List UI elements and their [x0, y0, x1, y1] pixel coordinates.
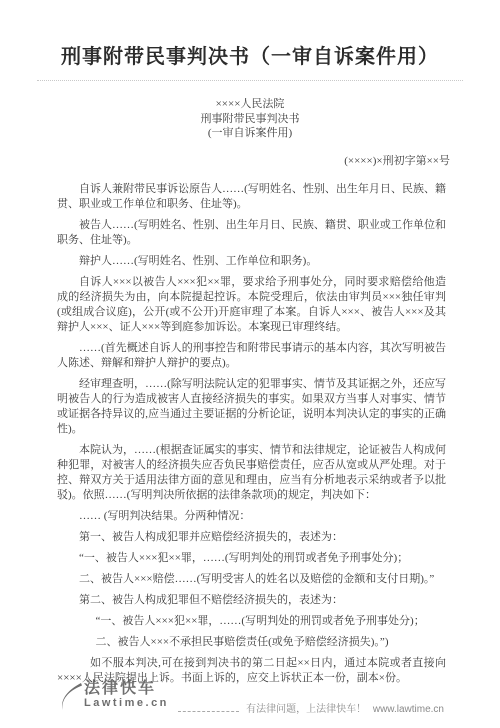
body-paragraph: 本院认为，……(根据查证属实的事实、情节和法律规定，论证被告人构成何种犯罪，对被…: [57, 443, 446, 503]
document-subtype: (一审自诉案件用): [0, 126, 500, 141]
footer-slogan: 有法律问题，上法律快车！: [246, 704, 366, 715]
body-paragraph: 经审理查明，……(除写明法院认定的犯罪事实、情节及其证据之外，还应写明被告人的行…: [57, 377, 446, 437]
body-paragraph: 第二、被告人构成犯罪但不赔偿经济损失的，表述为：: [57, 593, 446, 608]
body-paragraph: 二、被告人×××赔偿……(写明受害人的姓名以及赔偿的金额和支付日期)。”: [57, 572, 446, 587]
body-paragraph: “一、被告人×××犯××罪，……(写明判处的刑罚或者免予刑事处分)；: [57, 551, 446, 566]
court-name: ××××人民法院: [0, 97, 500, 112]
body-paragraph: ……(首先概述自诉人的刑事控告和附带民事请示的基本内容，其次写明被告人陈述、辩解…: [57, 341, 446, 371]
page-title: 刑事附带民事判决书（一审自诉案件用）: [0, 0, 500, 70]
footer-tagline-link[interactable]: 有法律问题，上法律快车！ www.lawtime.cn: [246, 700, 444, 716]
body-paragraph: 自诉人×××以被告人×××犯××罪，要求给予刑事处分，同时要求赔偿给他造成的经济…: [57, 275, 446, 335]
document-header: ××××人民法院 刑事附带民事判决书 (一审自诉案件用): [0, 97, 500, 141]
body-paragraph: 自诉人兼附带民事诉讼原告人……(写明姓名、性别、出生年月日、民族、籍贯、职业或工…: [57, 182, 446, 212]
body-paragraph: …… (写明判决结果。分两种情况：: [57, 509, 446, 524]
footer-divider: [178, 711, 239, 712]
logo-chinese-text: 法律快车: [84, 680, 169, 697]
body-paragraph: 被告人……(写明姓名、性别、出生年月日、民族、籍贯、职业或工作单位和职务、住址等…: [57, 218, 446, 248]
lawtime-logo[interactable]: 法律快车 Lawtime.cn: [60, 680, 169, 716]
body-paragraph: 第一、被告人构成犯罪并应赔偿经济损失的，表述为：: [57, 530, 446, 545]
body-paragraph: 二、被告人×××不承担民事赔偿责任(或免予赔偿经济损失)。”): [57, 635, 446, 650]
body-paragraph: “一、被告人×××犯××罪，……(写明判处的刑罚或者免予刑事处分)；: [57, 614, 446, 629]
document-page: 刑事附带民事判决书（一审自诉案件用） ××××人民法院 刑事附带民事判决书 (一…: [0, 0, 500, 728]
document-body: 自诉人兼附带民事诉讼原告人……(写明姓名、性别、出生年月日、民族、籍贯、职业或工…: [0, 182, 500, 686]
title-divider: [37, 80, 463, 81]
footer-url: www.lawtime.cn: [373, 704, 444, 715]
logo-text: 法律快车 Lawtime.cn: [84, 680, 169, 709]
document-type: 刑事附带民事判决书: [0, 112, 500, 127]
case-number: (××××)×刑初字第××号: [0, 152, 500, 168]
lawtime-swoosh-icon: [60, 683, 82, 716]
site-footer: 法律快车 Lawtime.cn 有法律问题，上法律快车！ www.lawtime…: [60, 680, 444, 716]
logo-english-text: Lawtime.cn: [84, 697, 169, 709]
body-paragraph: 辩护人……(写明姓名、性别、工作单位和职务)。: [57, 254, 446, 269]
